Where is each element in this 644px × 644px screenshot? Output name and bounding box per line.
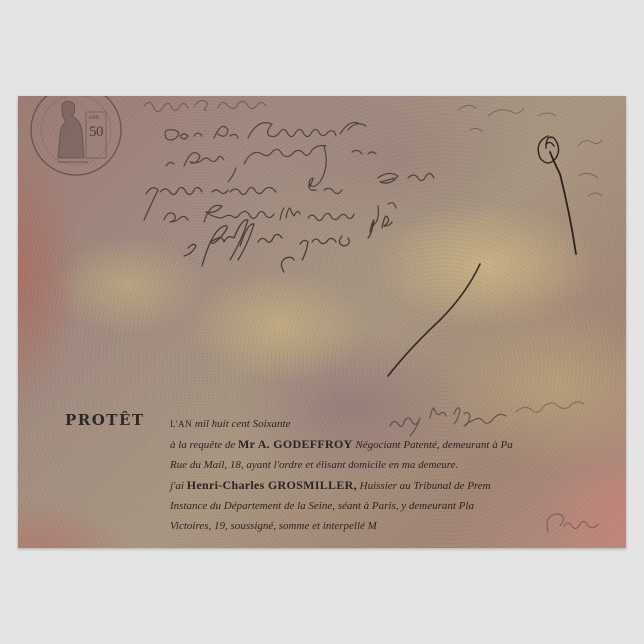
text-line: j'ai Henri-Charles GROSMILLER, Huissier … [170, 475, 626, 496]
text-segment: Huissier au Tribunal de Prem [357, 480, 491, 492]
text-line: Instance du Département de la Seine, séa… [170, 496, 626, 516]
requester-name: Mr A. GODEFFROY [238, 437, 353, 451]
text-segment: Négociant Patenté, demeurant à Pa [353, 439, 513, 451]
text-segment: Instance du Département de la Seine, séa… [170, 500, 474, 512]
text-segment: j'ai [170, 480, 187, 492]
document-title: PROTÊT [65, 411, 145, 429]
text-segment: mil huit cent Soixante [195, 418, 291, 430]
text-segment: Victoires, 19, soussigné, somme et inter… [170, 520, 377, 532]
text-line: Rue du Mail, 18, ayant l'ordre et élisan… [170, 455, 626, 475]
text-line: à la requête de Mr A. GODEFFROY Négocian… [170, 434, 626, 455]
text-line: L'AN mil huit cent Soixante [170, 414, 626, 434]
text-segment: à la requête de [170, 439, 238, 451]
text-segment: L'AN [170, 419, 195, 429]
text-line: Victoires, 19, soussigné, somme et inter… [170, 516, 626, 536]
printed-text-block: L'AN mil huit cent Soixante à la requête… [170, 414, 626, 536]
vintage-document-card: cen 50 [18, 96, 626, 548]
bailiff-name: Henri-Charles GROSMILLER, [187, 478, 357, 492]
text-segment: Rue du Mail, 18, ayant l'ordre et élisan… [170, 459, 458, 471]
